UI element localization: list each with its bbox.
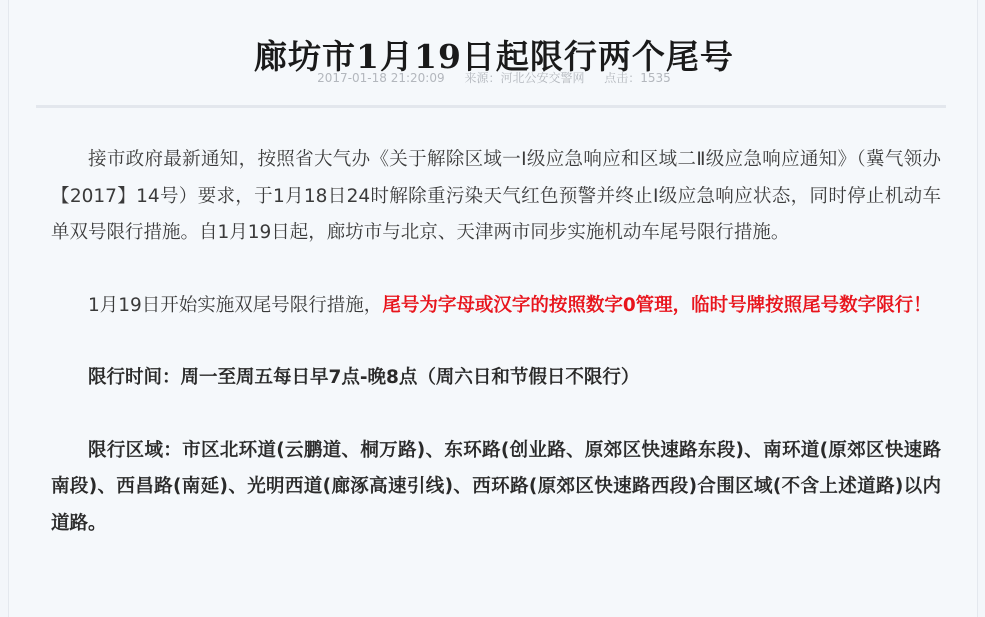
article-body: 接市政府最新通知，按照省大气办《关于解除区域一Ⅰ级应急响应和区域二Ⅱ级应急响应通… [51, 142, 941, 578]
rule-text: 1月19日开始实施双尾号限行措施， [88, 295, 382, 316]
area-label: 限行区域： [88, 440, 182, 461]
article-source: 来源：河北公安交警网 [464, 71, 584, 85]
area-text: 市区北环道(云鹏道、桐万路)、东环路(创业路、原郊区快速路东段)、南环道(原郊区… [51, 440, 941, 534]
publish-datetime: 2017-01-18 21:20:09 [317, 71, 444, 85]
click-count: 点击：1535 [604, 71, 671, 85]
paragraph-restriction-area: 限行区域：市区北环道(云鹏道、桐万路)、东环路(创业路、原郊区快速路东段)、南环… [51, 433, 941, 543]
article-meta: 2017-01-18 21:20:09 来源：河北公安交警网 点击：1535 [9, 67, 979, 89]
rule-highlight-text: 尾号为字母或汉字的按照数字0管理，临时号牌按照尾号数字限行！ [382, 295, 931, 316]
article-page: 廊坊市1月19日起限行两个尾号 2017-01-18 21:20:09 来源：河… [8, 0, 978, 617]
title-divider [36, 105, 946, 108]
paragraph-restriction-rule: 1月19日开始实施双尾号限行措施，尾号为字母或汉字的按照数字0管理，临时号牌按照… [51, 288, 941, 325]
paragraph-restriction-time: 限行时间：周一至周五每日早7点-晚8点（周六日和节假日不限行） [51, 360, 941, 397]
paragraph-notice: 接市政府最新通知，按照省大气办《关于解除区域一Ⅰ级应急响应和区域二Ⅱ级应急响应通… [51, 142, 941, 252]
